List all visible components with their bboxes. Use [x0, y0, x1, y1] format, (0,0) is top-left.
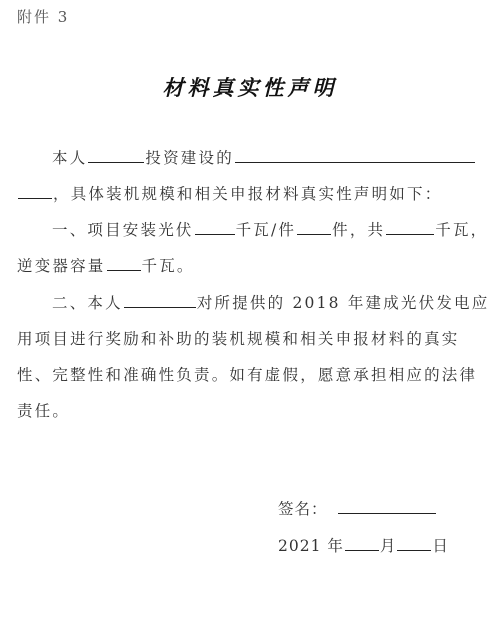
date-day-label: 日	[432, 537, 449, 555]
text-segment: 件，共	[332, 221, 385, 239]
text-segment: 千瓦/件	[236, 221, 297, 239]
blank-declarant[interactable]	[124, 293, 196, 308]
text-segment: 一、项目安装光伏	[52, 221, 194, 239]
signature-line: 签名：	[278, 497, 437, 519]
text-segment: 逆变器容量	[17, 257, 106, 275]
paragraph-line-5: 二、本人对所提供的 2018 年建成光伏发电应	[52, 291, 489, 313]
date-year: 2021 年	[278, 537, 344, 555]
text-segment: 对所提供的 2018 年建成光伏发电应	[197, 294, 490, 312]
text-segment: 本人	[52, 149, 87, 167]
blank-month[interactable]	[345, 536, 379, 551]
blank-total-kw[interactable]	[386, 220, 434, 235]
text-segment: 投资建设的	[145, 149, 234, 167]
blank-project-name[interactable]	[235, 148, 475, 163]
blank-signature[interactable]	[338, 499, 436, 514]
date-line: 2021 年月日	[278, 534, 449, 556]
paragraph-line-4: 逆变器容量千瓦。	[17, 254, 195, 276]
blank-inverter-capacity[interactable]	[107, 256, 141, 271]
paragraph-line-7: 性、完整性和准确性负责。如有虚假，愿意承担相应的法律	[17, 363, 477, 385]
blank-project-name-cont[interactable]	[18, 184, 52, 199]
paragraph-line-1: 本人投资建设的	[52, 146, 476, 168]
paragraph-line-8: 责任。	[17, 399, 70, 421]
blank-investor[interactable]	[88, 148, 144, 163]
blank-day[interactable]	[397, 536, 431, 551]
blank-unit-count[interactable]	[297, 220, 331, 235]
document-title: 材料真实性声明	[0, 72, 500, 102]
signature-label: 签名：	[278, 500, 328, 518]
paragraph-line-2: ，具体装机规模和相关申报材料真实性声明如下：	[17, 182, 442, 204]
text-segment: 千瓦。	[142, 257, 195, 275]
text-segment: 二、本人	[52, 294, 123, 312]
text-segment: 千瓦，	[435, 221, 488, 239]
annex-label: 附件 3	[17, 6, 69, 27]
paragraph-line-3: 一、项目安装光伏千瓦/件件，共千瓦，	[52, 218, 488, 240]
text-segment: ，具体装机规模和相关申报材料真实性声明如下：	[53, 185, 442, 203]
blank-kw-per-unit[interactable]	[195, 220, 235, 235]
date-month-label: 月	[380, 537, 397, 555]
paragraph-line-6: 用项目进行奖励和补助的装机规模和相关申报材料的真实	[17, 327, 460, 349]
